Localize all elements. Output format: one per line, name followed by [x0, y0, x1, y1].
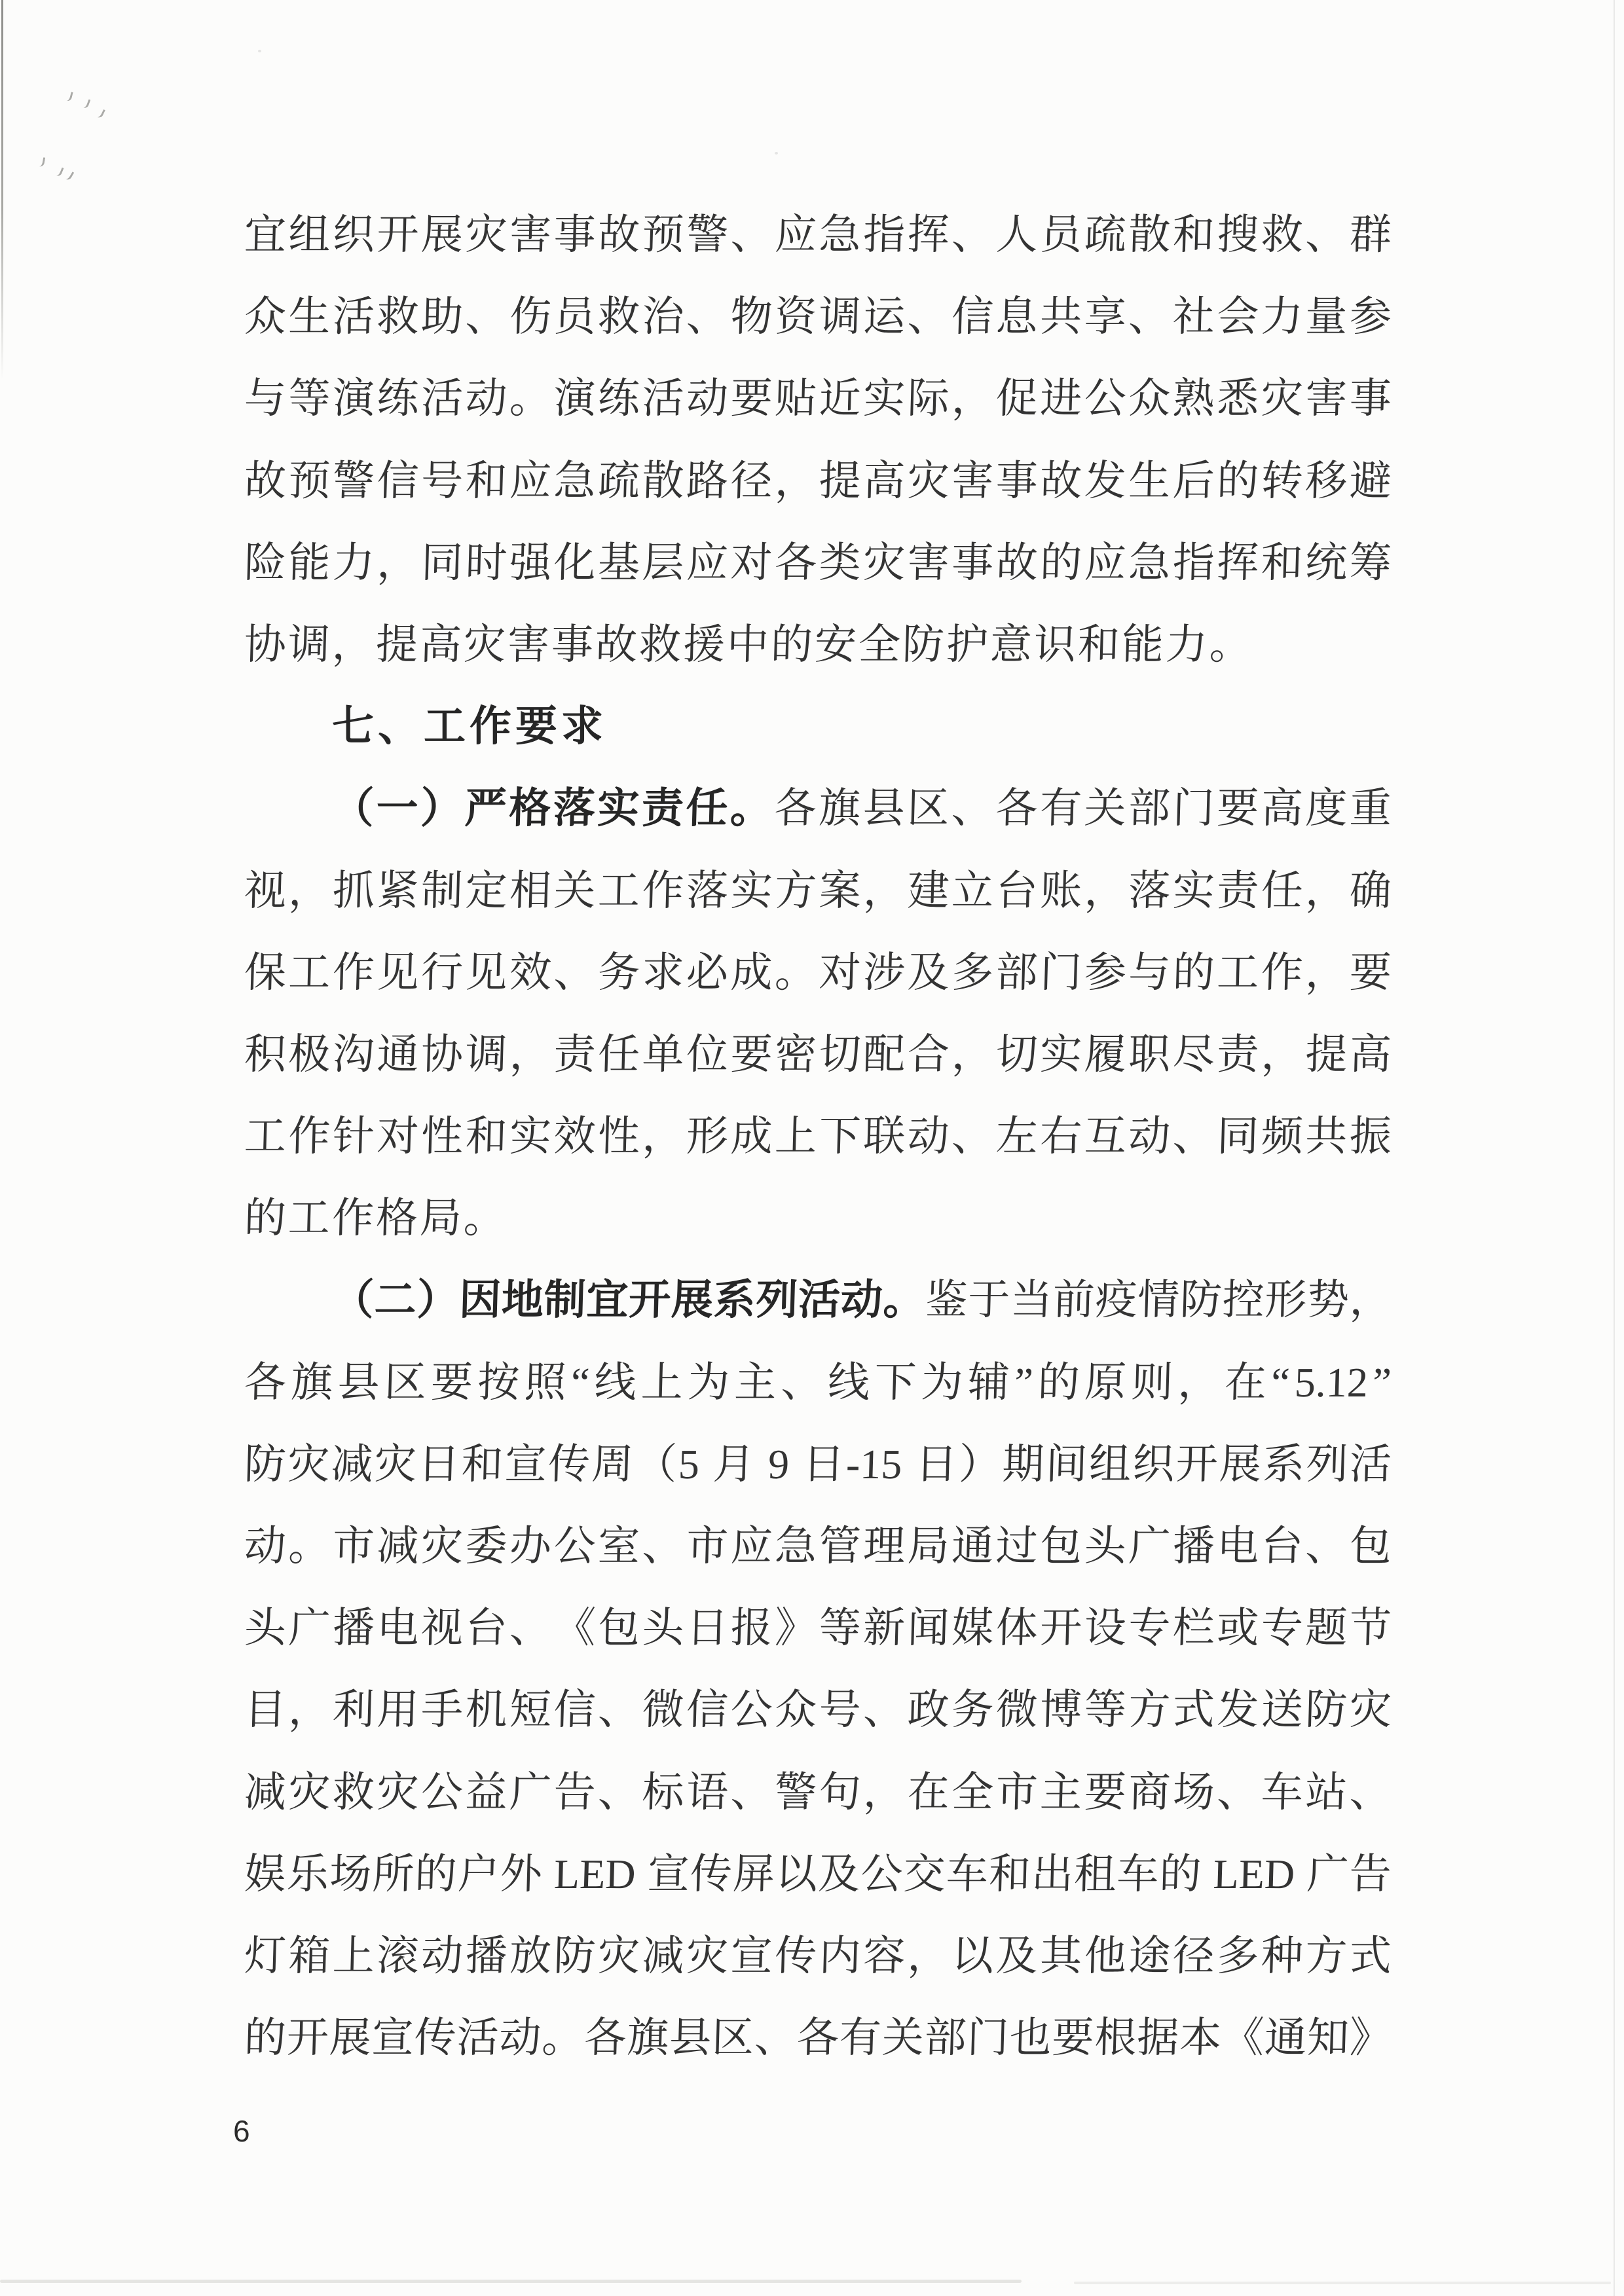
text-line: 险能力，同时强化基层应对各类灾害事故的应急指挥和统筹 [243, 522, 1392, 604]
pencil-tick-mark [39, 157, 45, 168]
scan-bottom-smudge [1074, 2282, 1611, 2284]
scan-left-edge-line [1, 0, 3, 380]
scan-speck [258, 50, 261, 52]
page-number: 6 [233, 2116, 250, 2146]
text-line: 宜组织开展灾害事故预警、应急指挥、人员疏散和搜救、群 [243, 194, 1392, 276]
text-line: 娱乐场所的户外 LED 宣传屏以及公交车和出租车的 LED 广告 [243, 1833, 1392, 1915]
text-line: （一）严格落实责任。各旗县区、各有关部门要高度重 [243, 767, 1392, 849]
pencil-tick-mark [83, 98, 91, 109]
text-line: 积极沟通协调，责任单位要密切配合，切实履职尽责，提高 [243, 1013, 1392, 1095]
scan-bottom-smudge [0, 2280, 1022, 2283]
text-line: 防灾减灾日和宣传周（5 月 9 日-15 日）期间组织开展系列活 [243, 1423, 1392, 1505]
text-line: 的开展宣传活动。各旗县区、各有关部门也要根据本《通知》 [243, 1997, 1392, 2079]
text-line: 众生活救助、伤员救治、物资调运、信息共享、社会力量参 [243, 276, 1392, 357]
text-line: 动。市减灾委办公室、市应急管理局通过包头广播电台、包 [243, 1505, 1392, 1587]
text-line: 减灾救灾公益广告、标语、警句，在全市主要商场、车站、 [243, 1751, 1392, 1833]
text-line: 各旗县区要按照“线上为主、线下为辅”的原则，在“5.12” [243, 1341, 1392, 1423]
scan-right-edge-line [1614, 0, 1615, 2296]
scan-speck [775, 152, 778, 155]
pencil-tick-mark [97, 108, 105, 119]
text-line: 视，抓紧制定相关工作落实方案，建立台账，落实责任，确 [243, 850, 1392, 932]
document-text-block: 宜组织开展灾害事故预警、应急指挥、人员疏散和搜救、群众生活救助、伤员救治、物资调… [244, 194, 1392, 2079]
pencil-tick-mark [66, 91, 73, 101]
text-line: 的工作格局。 [243, 1177, 1392, 1259]
pencil-tick-mark [56, 166, 64, 177]
text-line: 与等演练活动。演练活动要贴近实际，促进公众熟悉灾害事 [243, 357, 1392, 439]
text-line: 协调，提高灾害事故救援中的安全防护意识和能力。 [243, 604, 1392, 685]
text-line: 目，利用手机短信、微信公众号、政务微博等方式发送防灾 [243, 1669, 1392, 1751]
text-line: （二）因地制宜开展系列活动。鉴于当前疫情防控形势， [243, 1259, 1392, 1341]
section-heading-line: 七、工作要求 [244, 685, 1392, 767]
pencil-tick-mark [65, 170, 75, 181]
text-line: 保工作见行见效、务求必成。对涉及多部门参与的工作，要 [243, 932, 1392, 1013]
text-line: 头广播电视台、《包头日报》等新闻媒体开设专栏或专题节 [243, 1587, 1392, 1669]
scanned-document-page: 宜组织开展灾害事故预警、应急指挥、人员疏散和搜救、群众生活救助、伤员救治、物资调… [0, 0, 1624, 2296]
text-line: 灯箱上滚动播放防灾减灾宣传内容，以及其他途径多种方式 [243, 1915, 1392, 1997]
text-line: 故预警信号和应急疏散路径，提高灾害事故发生后的转移避 [243, 440, 1392, 522]
text-line: 工作针对性和实效性，形成上下联动、左右互动、同频共振 [243, 1095, 1392, 1177]
